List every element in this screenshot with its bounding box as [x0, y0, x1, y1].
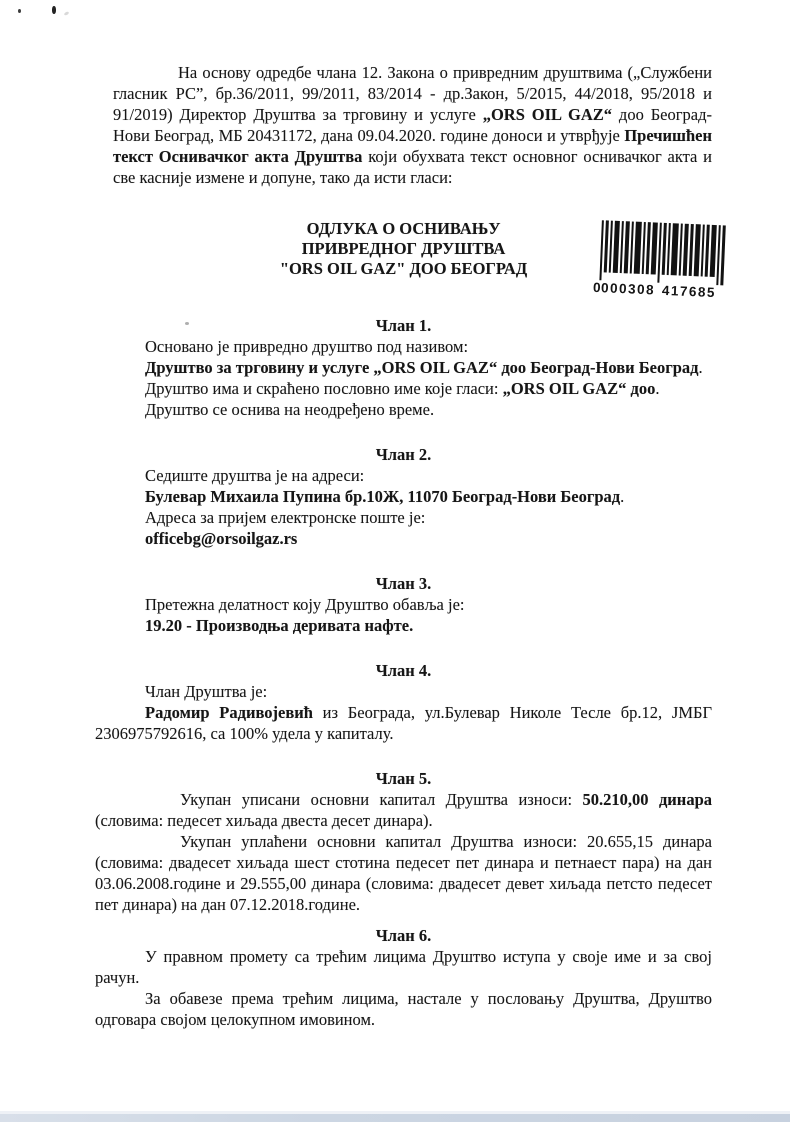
- article-2-paragraph: Адреса за пријем електронске поште је:: [95, 507, 712, 528]
- text-segment: Претежна делатност коју Друштво обавља ј…: [145, 595, 465, 614]
- scan-speck: [52, 6, 56, 14]
- article-2-heading: Члан 2.: [95, 444, 712, 465]
- text-segment: (словима: педесет хиљада двеста десет ди…: [95, 811, 433, 830]
- capital-amount: 50.210,00 динара: [583, 790, 713, 809]
- text-segment: .: [655, 379, 659, 398]
- article-3: Члан 3. Претежна делатност коју Друштво …: [95, 573, 712, 636]
- article-5-heading: Члан 5.: [95, 768, 712, 789]
- article-4-paragraph: Радомир Радивојевић из Београда, ул.Буле…: [95, 702, 712, 744]
- article-1-heading: Члан 1.: [95, 315, 712, 336]
- text-segment-bold: „ORS OIL GAZ“: [483, 105, 612, 124]
- text-segment: .: [699, 358, 703, 377]
- page-edge-strip: [0, 1114, 790, 1122]
- article-4-paragraph: Члан Друштва је:: [95, 681, 712, 702]
- text-segment: У правном промету са трећим лицима Друшт…: [95, 947, 712, 987]
- text-segment-bold: Булевар Михаила Пупина бр.10Ж, 11070 Бео…: [145, 487, 620, 506]
- article-1: Члан 1. Основано је привредно друштво по…: [95, 315, 712, 420]
- text-segment: Друштво се оснива на неодређено време.: [145, 400, 434, 419]
- article-6-heading: Члан 6.: [95, 925, 712, 946]
- barcode: 0 000308 417685: [593, 218, 732, 302]
- text-segment: Основано је привредно друштво под називо…: [145, 337, 468, 356]
- email-text: officebg@orsoilgaz.rs: [145, 529, 297, 548]
- text-segment: Члан Друштва је:: [145, 682, 267, 701]
- text-segment: Седиште друштва је на адреси:: [145, 466, 364, 485]
- article-5-paragraph: Укупан уписани основни капитал Друштва и…: [95, 789, 712, 831]
- text-segment: Друштво има и скраћено пословно име које…: [145, 379, 503, 398]
- document-body: На основу одредбе члана 12. Закона о при…: [95, 62, 712, 1030]
- article-6: Члан 6. У правном промету са трећим лици…: [95, 925, 712, 1030]
- article-6-paragraph: У правном промету са трећим лицима Друшт…: [95, 946, 712, 988]
- article-2-paragraph: officebg@orsoilgaz.rs: [95, 528, 712, 549]
- article-2-paragraph: Седиште друштва је на адреси:: [95, 465, 712, 486]
- article-2: Члан 2. Седиште друштва је на адреси: Бу…: [95, 444, 712, 549]
- article-4: Члан 4. Члан Друштва је: Радомир Радивој…: [95, 660, 712, 744]
- article-1-paragraph: Друштво има и скраћено пословно име које…: [95, 378, 712, 399]
- article-5: Члан 5. Укупан уписани основни капитал Д…: [95, 768, 712, 915]
- text-segment-bold: „ORS OIL GAZ“ доо: [503, 379, 656, 398]
- article-1-paragraph: Друштво за трговину и услуге „ORS OIL GA…: [95, 357, 712, 378]
- article-5-paragraph: Укупан уплаћени основни капитал Друштва …: [95, 831, 712, 915]
- member-name: Радомир Радивојевић: [145, 703, 313, 722]
- article-3-paragraph: Претежна делатност коју Друштво обавља ј…: [95, 594, 712, 615]
- article-3-paragraph: 19.20 - Производња деривата нафте.: [95, 615, 712, 636]
- article-3-heading: Члан 3.: [95, 573, 712, 594]
- text-segment: Укупан уписани основни капитал Друштва и…: [180, 790, 583, 809]
- article-2-paragraph: Булевар Михаила Пупина бр.10Ж, 11070 Бео…: [95, 486, 712, 507]
- text-segment-bold: 19.20 - Производња деривата нафте.: [145, 616, 413, 635]
- text-segment: За обавезе према трећим лицима, настале …: [95, 989, 712, 1029]
- intro-paragraph: На основу одредбе члана 12. Закона о при…: [113, 62, 712, 188]
- scan-speck: [18, 9, 21, 13]
- text-segment: Укупан уплаћени основни капитал Друштва …: [95, 832, 712, 914]
- barcode-digit-group-right: 417685: [662, 283, 717, 300]
- article-6-paragraph: За обавезе према трећим лицима, настале …: [95, 988, 712, 1030]
- text-segment: Адреса за пријем електронске поште је:: [145, 508, 425, 527]
- scanned-document-page: На основу одредбе члана 12. Закона о при…: [0, 0, 790, 1122]
- scan-speck: [64, 11, 70, 16]
- article-1-paragraph: Основано је привредно друштво под називо…: [95, 336, 712, 357]
- article-1-paragraph: Друштво се оснива на неодређено време.: [95, 399, 712, 420]
- text-segment-bold: Друштво за трговину и услуге „ORS OIL GA…: [145, 358, 699, 377]
- article-4-heading: Члан 4.: [95, 660, 712, 681]
- barcode-bars: 0 000308 417685: [593, 218, 732, 302]
- barcode-digit-group-mid: 000308: [601, 280, 656, 297]
- text-segment: .: [620, 487, 624, 506]
